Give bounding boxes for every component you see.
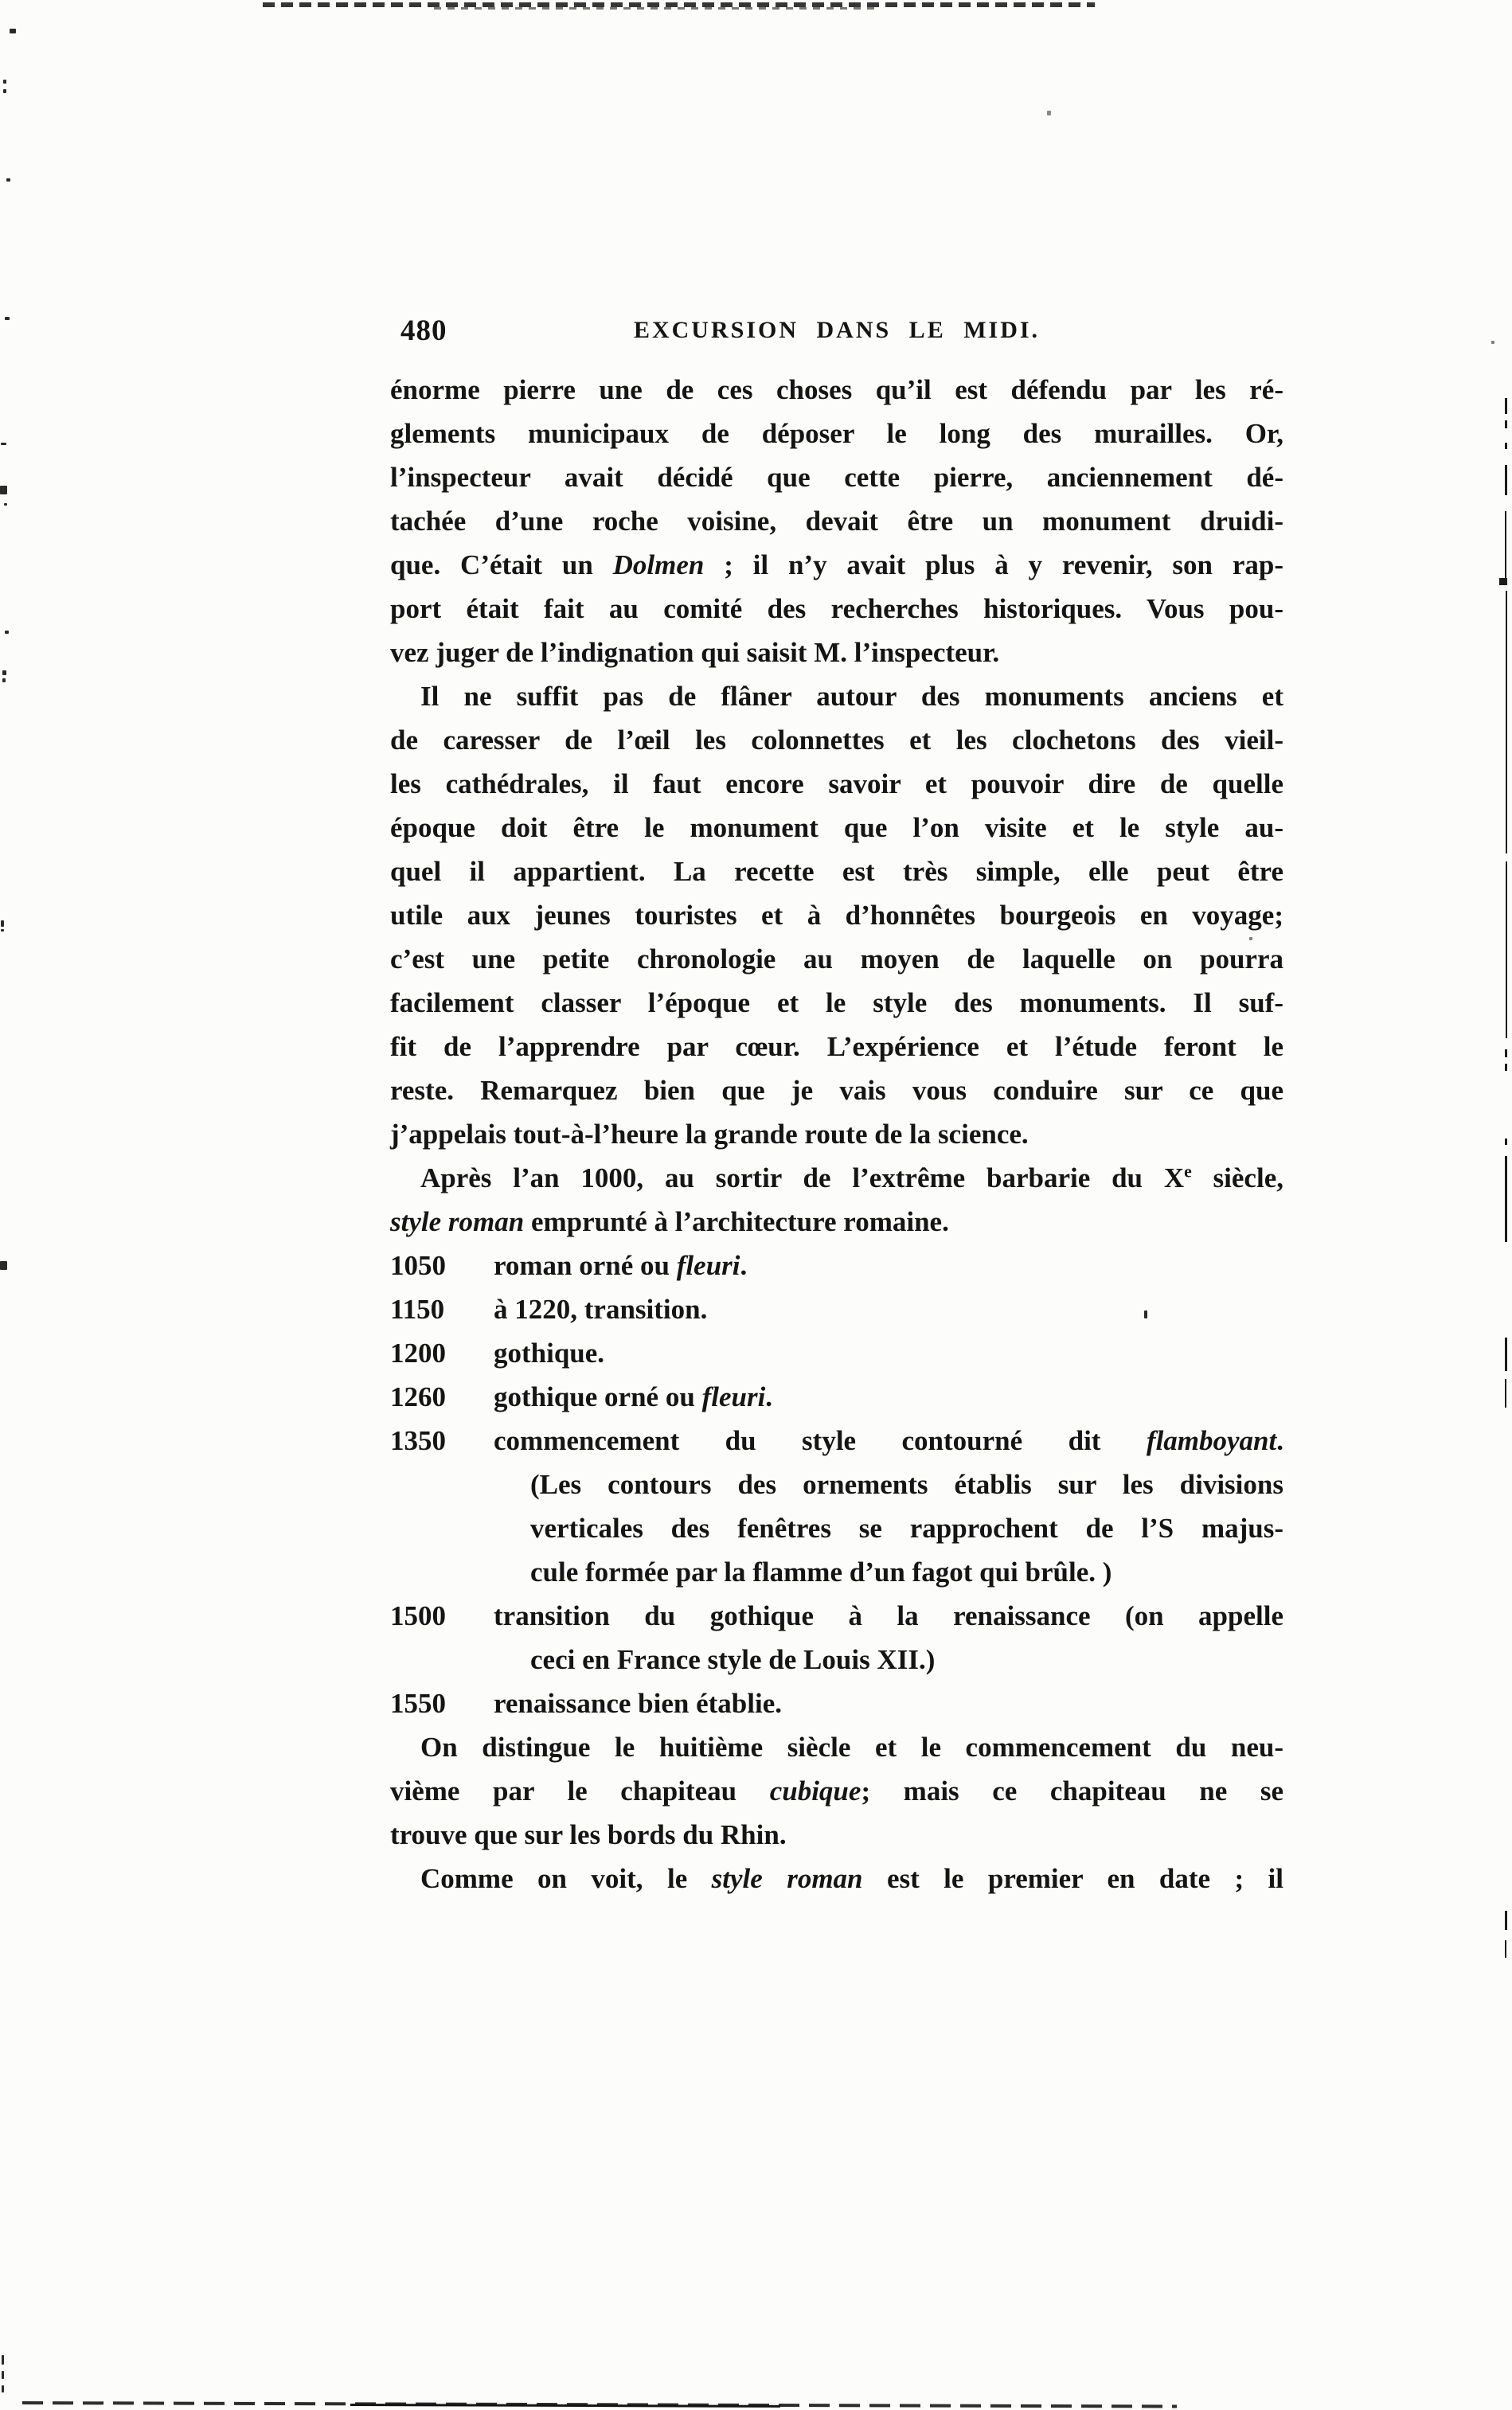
text-line: les cathédrales, il faut encore savoir e…: [390, 762, 1283, 806]
text-segment: cule formée par la flamme d’un fagot qui…: [530, 1557, 1112, 1588]
text-line: vième par le chapiteau cubique; mais ce …: [390, 1769, 1283, 1813]
text-line: Il ne suffit pas de flâner autour des mo…: [390, 674, 1283, 718]
text-segment: renaissance bien établie.: [494, 1688, 782, 1719]
chronology-year: 1350: [390, 1419, 494, 1463]
text-segment: transition du gothique à la renaissance …: [494, 1600, 1283, 1631]
text-line: 1200gothique.: [390, 1331, 1283, 1375]
text-segment: que. C’était un: [390, 549, 613, 580]
italic-text-segment: fleuri: [677, 1250, 740, 1281]
text-segment: siècle,: [1192, 1162, 1283, 1193]
text-line: (Les contours des ornements établis sur …: [390, 1463, 1283, 1506]
text-line: On distingue le huitième siècle et le co…: [390, 1725, 1283, 1769]
text-segment: fit de l’apprendre par cœur. L’expérienc…: [390, 1031, 1283, 1062]
text-line: 1350commencement du style contourné dit …: [390, 1419, 1283, 1463]
scan-speck: [1047, 111, 1051, 115]
scan-speck: [1, 920, 4, 927]
scan-speck: [0, 1261, 7, 1270]
text-line: cule formée par la flamme d’un fagot qui…: [390, 1550, 1283, 1594]
scan-artifact-right-rule: [1505, 465, 1507, 495]
scanned-page: { "colors": { "paper": "#fcfcfa", "ink":…: [0, 0, 1512, 2410]
chronology-year: 1050: [390, 1244, 494, 1287]
scan-artifact-right-rule: [1506, 861, 1507, 1038]
scan-speck: [2, 678, 6, 682]
scan-artifact-right-rule: [1505, 1338, 1507, 1371]
scan-speck: [4, 503, 7, 506]
text-line: style roman emprunté à l’architecture ro…: [390, 1200, 1283, 1244]
text-segment: énorme pierre une de ces choses qu’il es…: [390, 374, 1283, 405]
scan-speck: [1491, 341, 1494, 344]
italic-text-segment: style roman: [390, 1206, 524, 1237]
scan-speck: [5, 631, 9, 634]
running-title: EXCURSION DANS LE MIDI.: [390, 317, 1283, 344]
scan-artifact-right-rule: [1505, 1139, 1507, 1145]
italic-text-segment: cubique: [770, 1775, 861, 1807]
text-segment: tachée d’une roche voisine, devait être …: [390, 506, 1283, 537]
chronology-year: 1500: [390, 1594, 494, 1638]
scan-artifact-right-rule: [1505, 1156, 1507, 1242]
text-line: de caresser de l’œil les colonnettes et …: [390, 718, 1283, 762]
chronology-year: 1200: [390, 1331, 494, 1375]
chronology-year: 1550: [390, 1682, 494, 1725]
italic-text-segment: style roman: [712, 1863, 863, 1894]
text-line: Après l’an 1000, au sortir de l’extrême …: [390, 1156, 1283, 1200]
text-segment: On distingue le huitième siècle et le co…: [420, 1732, 1283, 1763]
text-segment: de caresser de l’œil les colonnettes et …: [390, 725, 1283, 756]
scan-speck: [2, 2385, 4, 2392]
text-segment: ; il n’y avait plus à y revenir, son rap…: [704, 549, 1283, 580]
text-segment: vième par le chapiteau: [390, 1775, 770, 1807]
scan-artifact-right-rule: [1505, 1940, 1506, 1958]
scan-artifact-right-rule: [1505, 1049, 1507, 1057]
text-segment: e: [1184, 1162, 1192, 1181]
text-line: trouve que sur les bords du Rhin.: [390, 1813, 1283, 1857]
italic-text-segment: fleuri: [702, 1381, 766, 1412]
text-segment: vez juger de l’indignation qui saisit M.…: [390, 637, 999, 668]
scan-artifact-top-edge-2: [434, 7, 880, 10]
text-line: 1550renaissance bien établie.: [390, 1682, 1283, 1725]
scan-artifact-right-rule: [1505, 443, 1507, 449]
text-line: facilement classer l’époque et le style …: [390, 981, 1283, 1025]
italic-text-segment: Dolmen: [613, 549, 705, 580]
text-segment: à 1220, transition.: [494, 1294, 707, 1325]
scan-speck: [6, 178, 10, 182]
text-segment: Il ne suffit pas de flâner autour des mo…: [420, 681, 1283, 712]
text-segment: époque doit être le monument que l’on vi…: [390, 812, 1283, 843]
text-segment: trouve que sur les bords du Rhin.: [390, 1819, 787, 1850]
text-segment: gothique.: [494, 1338, 604, 1369]
text-line: 1260gothique orné ou fleuri.: [390, 1375, 1283, 1419]
text-segment: l’inspecteur avait décidé que cette pier…: [390, 462, 1283, 493]
text-line: j’appelais tout-à-l’heure la grande rout…: [390, 1112, 1283, 1156]
scan-artifact-bottom-edge-2: [350, 2404, 780, 2408]
text-segment: ; mais ce chapiteau ne se: [861, 1775, 1283, 1807]
scan-speck: [2, 2371, 4, 2379]
text-segment: (Les contours des ornements établis sur …: [530, 1469, 1283, 1500]
scan-speck: [3, 89, 6, 93]
text-line: tachée d’une roche voisine, devait être …: [390, 499, 1283, 543]
text-segment: facilement classer l’époque et le style …: [390, 987, 1283, 1018]
text-segment: utile aux jeunes touristes et à d’honnêt…: [390, 900, 1283, 931]
text-line: énorme pierre une de ces choses qu’il es…: [390, 368, 1283, 412]
italic-text-segment: flamboyant: [1147, 1425, 1276, 1456]
scan-artifact-right-rule: [1505, 1379, 1506, 1408]
text-segment: Après l’an 1000, au sortir de l’extrême …: [420, 1162, 1184, 1193]
scan-artifact-blob: [1499, 578, 1507, 585]
text-segment: est le premier en date ; il: [863, 1863, 1283, 1894]
scan-speck: [1, 443, 6, 445]
scan-speck: [5, 317, 10, 320]
text-line: 1500transition du gothique à la renaissa…: [390, 1594, 1283, 1638]
scan-speck: [2, 2355, 4, 2365]
text-segment: les cathédrales, il faut encore savoir e…: [390, 768, 1283, 799]
text-segment: verticales des fenêtres se rapprochent d…: [530, 1513, 1283, 1544]
text-segment: .: [1276, 1425, 1283, 1456]
text-line: utile aux jeunes touristes et à d’honnêt…: [390, 893, 1283, 937]
text-segment: j’appelais tout-à-l’heure la grande rout…: [390, 1119, 1029, 1150]
text-line: reste. Remarquez bien que je vais vous c…: [390, 1068, 1283, 1112]
scan-artifact-right-rule: [1505, 1064, 1507, 1071]
text-line: l’inspecteur avait décidé que cette pier…: [390, 455, 1283, 499]
text-line: 1050roman orné ou fleuri.: [390, 1244, 1283, 1287]
text-line: verticales des fenêtres se rapprochent d…: [390, 1506, 1283, 1550]
scan-speck: [10, 29, 16, 33]
chronology-year: 1150: [390, 1287, 494, 1331]
scan-artifact-right-rule: [1505, 511, 1506, 584]
text-segment: ceci en France style de Louis XII.): [530, 1644, 935, 1675]
text-segment: port était fait au comité des recherches…: [390, 593, 1283, 624]
scan-speck: [3, 80, 6, 84]
text-column: énorme pierre une de ces choses qu’il es…: [390, 368, 1283, 1900]
text-segment: Comme on voit, le: [420, 1863, 712, 1894]
text-segment: quel il appartient. La recette est très …: [390, 856, 1283, 887]
text-line: Comme on voit, le style roman est le pre…: [390, 1857, 1283, 1900]
text-line: fit de l’apprendre par cœur. L’expérienc…: [390, 1025, 1283, 1068]
text-line: 1150à 1220, transition.: [390, 1287, 1283, 1331]
scan-artifact-right-rule: [1505, 1911, 1507, 1930]
text-line: ceci en France style de Louis XII.): [390, 1638, 1283, 1682]
scan-artifact-right-rule: [1506, 591, 1507, 853]
scan-speck: [1, 929, 4, 932]
text-line: c’est une petite chronologie au moyen de…: [390, 937, 1283, 981]
text-segment: reste. Remarquez bien que je vais vous c…: [390, 1075, 1283, 1106]
chronology-year: 1260: [390, 1375, 494, 1419]
text-line: port était fait au comité des recherches…: [390, 587, 1283, 631]
text-line: époque doit être le monument que l’on vi…: [390, 806, 1283, 850]
text-segment: .: [740, 1250, 748, 1281]
text-segment: commencement du style contourné dit: [494, 1425, 1147, 1456]
scan-speck: [0, 486, 7, 494]
text-segment: c’est une petite chronologie au moyen de…: [390, 943, 1283, 975]
text-segment: emprunté à l’architecture romaine.: [524, 1206, 949, 1237]
text-segment: gothique orné ou: [494, 1381, 702, 1412]
scan-speck: [2, 670, 6, 675]
scan-artifact-right-rule: [1505, 398, 1507, 414]
text-segment: .: [765, 1381, 772, 1412]
text-line: que. C’était un Dolmen ; il n’y avait pl…: [390, 543, 1283, 587]
text-line: glements municipaux de déposer le long d…: [390, 412, 1283, 455]
text-segment: glements municipaux de déposer le long d…: [390, 418, 1283, 449]
text-line: quel il appartient. La recette est très …: [390, 850, 1283, 893]
text-segment: roman orné ou: [494, 1250, 677, 1281]
text-line: vez juger de l’indignation qui saisit M.…: [390, 631, 1283, 674]
scan-artifact-right-rule: [1505, 420, 1507, 428]
